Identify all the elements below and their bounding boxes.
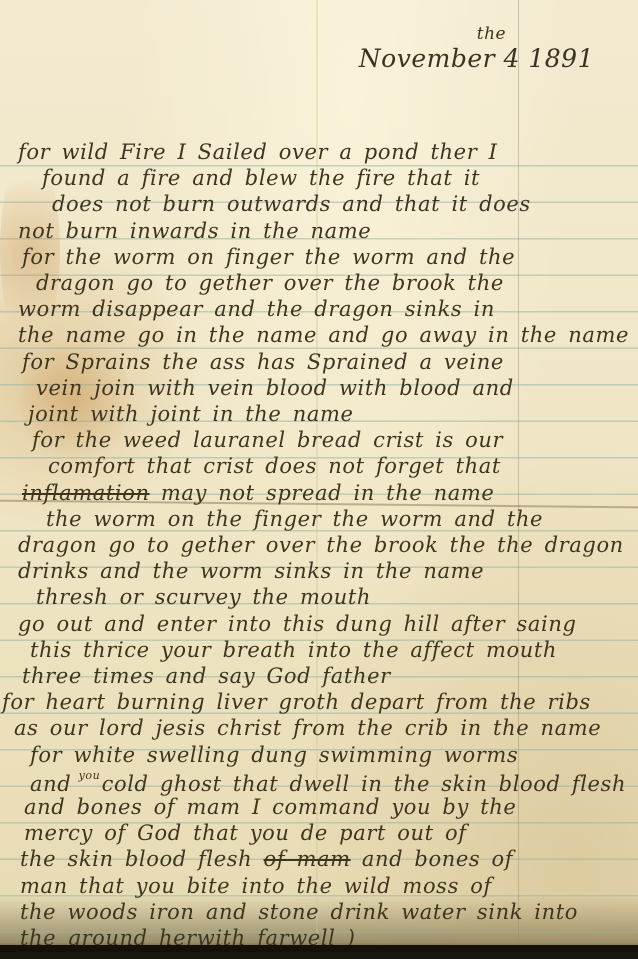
- text-line: three times and say God father: [22, 664, 391, 688]
- text-line: mercy of God that you de part out of: [24, 821, 467, 845]
- text-line: the skin blood flesh of mam and bones of: [20, 847, 513, 871]
- date-text: November 4 1891: [359, 44, 594, 73]
- letter-date: the November 4 1891: [359, 44, 594, 73]
- text-line: go out and enter into this dung hill aft…: [18, 612, 576, 636]
- text-line: for Sprains the ass has Sprained a veine: [22, 350, 504, 374]
- text-line: for wild Fire I Sailed over a pond ther …: [18, 140, 498, 164]
- letter-page: the November 4 1891 for wild Fire I Sail…: [0, 0, 638, 952]
- text-line: worm disappear and the dragon sinks in: [18, 297, 495, 321]
- text-line: comfort that crist does not forget that: [48, 454, 501, 478]
- text-line: for the weed lauranel bread crist is our: [32, 428, 503, 452]
- text-line: as our lord jesis christ from the crib i…: [14, 716, 601, 740]
- text-line: drinks and the worm sinks in the name: [18, 559, 484, 583]
- text-line: dragon go to gether over the brook the: [36, 271, 504, 295]
- text-line: does not burn outwards and that it does: [52, 192, 531, 216]
- text-line: this thrice your breath into the affect …: [30, 638, 557, 662]
- text-line: the worm on the finger the worm and the: [46, 507, 543, 531]
- text-line: thresh or scurvey the mouth: [36, 585, 371, 609]
- text-line: dragon go to gether over the brook the t…: [18, 533, 624, 557]
- text-line: and bones of mam I command you by the: [24, 795, 516, 819]
- text-line: found a fire and blew the fire that it: [42, 166, 480, 190]
- text-line: the woods iron and stone drink water sin…: [20, 900, 578, 924]
- text-line: the name go in the name and go away in t…: [18, 323, 629, 347]
- struck-text: inflamation: [22, 481, 150, 505]
- text-line: vein join with vein blood with blood and: [36, 376, 514, 400]
- text-line: for white swelling dung swimming worms: [30, 743, 518, 767]
- text-line: man that you bite into the wild moss of: [20, 874, 492, 898]
- text-line: for heart burning liver groth depart fro…: [2, 690, 591, 714]
- text-line: and you cold ghost that dwell in the ski…: [30, 769, 626, 796]
- scan-edge: [0, 945, 638, 952]
- text-line: not burn inwards in the name: [18, 219, 371, 243]
- date-superscript: the: [477, 24, 506, 44]
- margin-line: [518, 0, 519, 942]
- text-line: joint with joint in the name: [28, 402, 354, 426]
- insertion-note: you: [79, 769, 101, 782]
- text-line: inflamation may not spread in the name: [22, 481, 494, 505]
- struck-text: of mam: [264, 847, 351, 871]
- text-line: for the worm on finger the worm and the: [22, 245, 515, 269]
